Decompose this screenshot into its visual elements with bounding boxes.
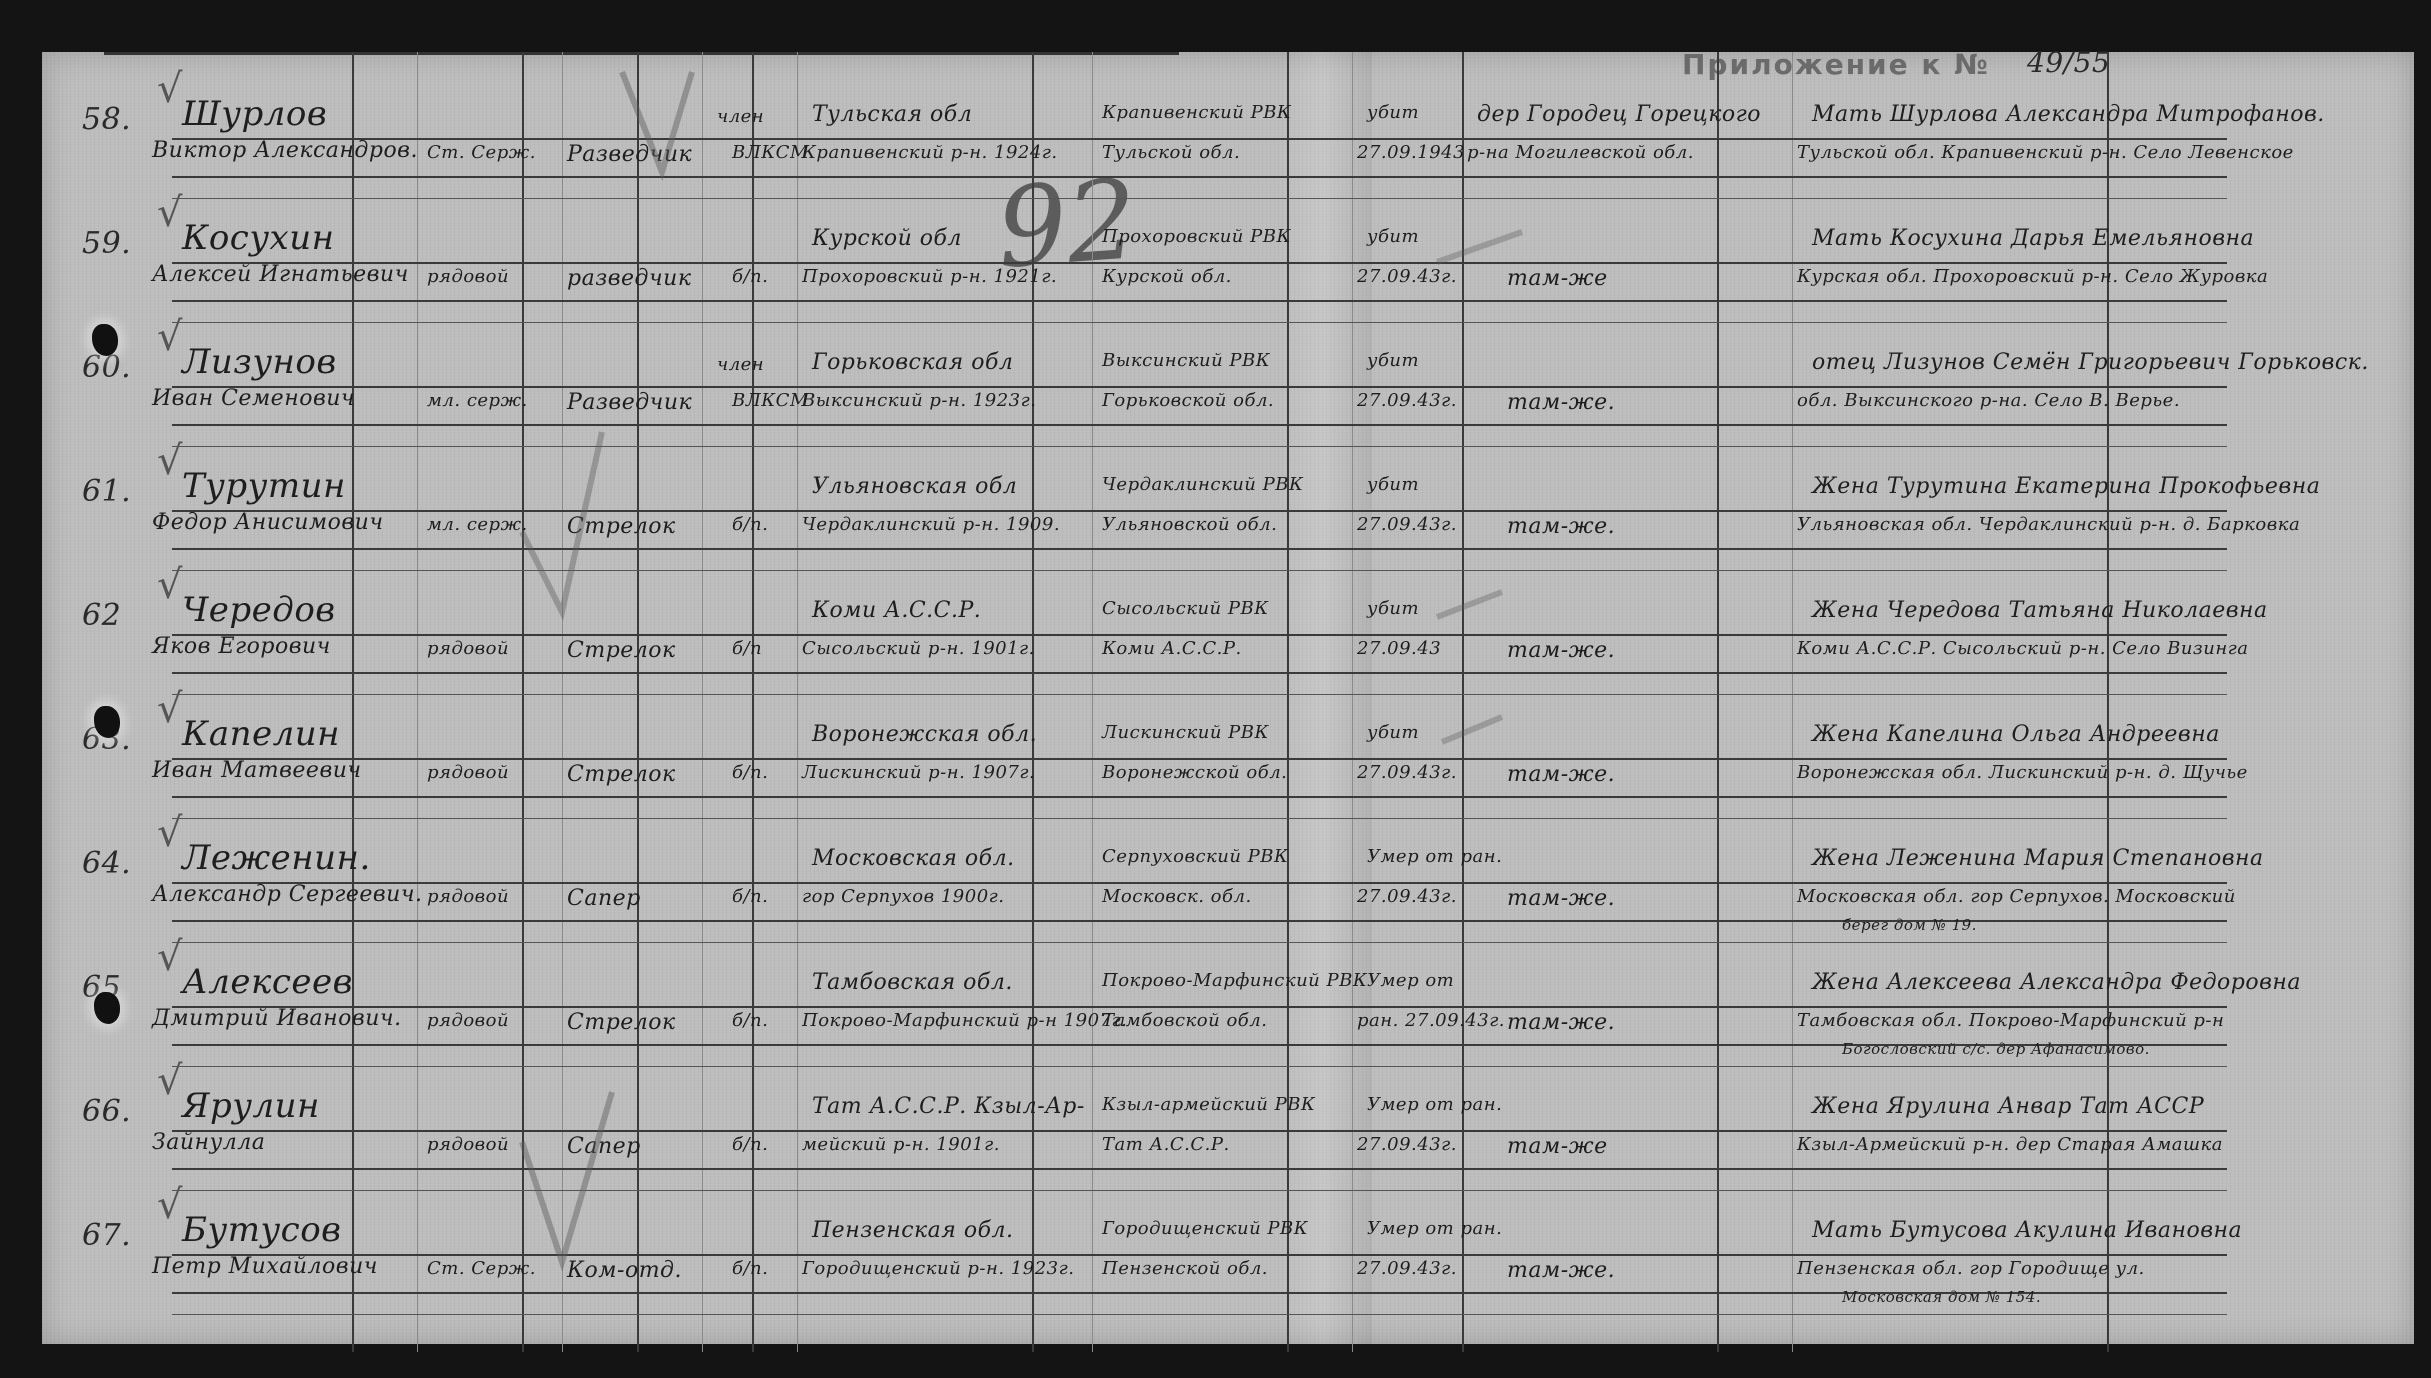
- death-date: 27.09.43г.: [1357, 266, 1457, 287]
- draft-office-region: Пензенской обл.: [1102, 1258, 1268, 1279]
- relative-address-cont: Богословский с/с. дер Афанасимово.: [1842, 1040, 2150, 1058]
- relative-address: Ульяновская обл. Чердаклинский р-н. д. Б…: [1797, 514, 2300, 535]
- draft-office: Прохоровский РВК: [1102, 226, 1291, 247]
- draft-office-region: Тульской обл.: [1102, 142, 1240, 163]
- column-rule: [1462, 52, 1464, 1352]
- relative-address: Тамбовская обл. Покрово-Марфинский р-н: [1797, 1010, 2224, 1031]
- column-rule: [1717, 52, 1719, 1352]
- draft-office: Крапивенский РВК: [1102, 102, 1291, 123]
- draft-office-region: Курской обл.: [1102, 266, 1232, 287]
- military-rank: Ст. Серж.: [427, 142, 536, 163]
- relative-name: Жена Леженина Мария Степановна: [1812, 846, 2264, 871]
- check-mark-icon: √: [157, 438, 183, 484]
- row-separator: [172, 818, 2227, 819]
- relative-address: Курская обл. Прохоровский р-н. Село Журо…: [1797, 266, 2268, 287]
- party-membership: б/п.: [732, 266, 768, 287]
- surname: Бутусов: [182, 1210, 341, 1250]
- draft-office: Кзыл-армейский РВК: [1102, 1094, 1315, 1115]
- relative-address-cont: Московская дом № 154.: [1842, 1288, 2041, 1306]
- surname: Алексеев: [182, 962, 353, 1002]
- column-rule: [702, 52, 703, 1352]
- burial-place: там-же: [1507, 266, 1608, 291]
- death-date: 27.09.43г.: [1357, 1258, 1457, 1279]
- death-date: 27.09.43г.: [1357, 514, 1457, 535]
- row-rule: [172, 262, 2227, 264]
- given-name-patronymic: Петр Михайлович: [152, 1254, 378, 1279]
- birthplace-region: Пензенская обл.: [812, 1218, 1014, 1243]
- birthplace-district-year: Крапивенский р-н. 1924г.: [802, 142, 1058, 163]
- row-separator: [172, 570, 2227, 571]
- party-membership: б/п.: [732, 1134, 768, 1155]
- birthplace-region: Тат А.С.С.Р. Кзыл-Ар-: [812, 1094, 1085, 1119]
- surname: Лизунов: [182, 342, 337, 382]
- birthplace-district-year: гор Серпухов 1900г.: [802, 886, 1004, 907]
- record-number: 62: [82, 598, 121, 633]
- draft-office-region: Коми А.С.С.Р.: [1102, 638, 1242, 659]
- relative-address: Тульской обл. Крапивенский р-н. Село Лев…: [1797, 142, 2294, 163]
- military-rank: рядовой: [427, 762, 509, 783]
- birthplace-district-year: мейский р-н. 1901г.: [802, 1134, 1000, 1155]
- burial-place: там-же.: [1507, 390, 1615, 415]
- check-mark-icon: √: [157, 190, 183, 236]
- death-date: 27.09.43: [1357, 638, 1441, 659]
- relative-name: Мать Бутусова Акулина Ивановна: [1812, 1218, 2242, 1243]
- birthplace-region: Тульская обл: [812, 102, 972, 127]
- position: Разведчик: [567, 390, 692, 415]
- draft-office: Чердаклинский РВК: [1102, 474, 1303, 495]
- fate: убит: [1367, 722, 1419, 743]
- row-rule: [172, 424, 2227, 426]
- draft-office: Лискинский РВК: [1102, 722, 1269, 743]
- birthplace-region: Тамбовская обл.: [812, 970, 1013, 995]
- check-mark-icon: √: [157, 686, 183, 732]
- surname: Капелин: [182, 714, 340, 754]
- row-rule: [172, 758, 2227, 760]
- record-number: 61.: [82, 474, 131, 509]
- death-date: 27.09.43г.: [1357, 390, 1457, 411]
- column-rule: [1287, 52, 1289, 1352]
- position: Сапер: [567, 1134, 641, 1159]
- party-membership: ВЛКСМ: [732, 390, 809, 411]
- check-mark-icon: √: [157, 1058, 183, 1104]
- position: Ком-отд.: [567, 1258, 682, 1283]
- surname: Ярулин: [182, 1086, 320, 1126]
- fate: Умер от ран.: [1367, 1094, 1502, 1115]
- appendix-number: 49/55: [2027, 46, 2110, 79]
- birthplace-region: Курской обл: [812, 226, 962, 251]
- fate: Умер от: [1367, 970, 1454, 991]
- row-rule: [172, 1254, 2227, 1256]
- punch-hole: [94, 992, 120, 1024]
- row-rule: [172, 796, 2227, 798]
- given-name-patronymic: Яков Егорович: [152, 634, 331, 659]
- military-rank: рядовой: [427, 1134, 509, 1155]
- military-rank: рядовой: [427, 638, 509, 659]
- relative-address: Коми А.С.С.Р. Сысольский р-н. Село Визин…: [1797, 638, 2249, 659]
- relative-name: Жена Алексеева Александра Федоровна: [1812, 970, 2301, 995]
- row-separator: [172, 198, 2227, 199]
- draft-office: Сысольский РВК: [1102, 598, 1269, 619]
- row-rule: [172, 882, 2227, 884]
- given-name-patronymic: Виктор Александров.: [152, 138, 418, 163]
- row-rule: [172, 672, 2227, 674]
- top-rule: [104, 52, 1179, 55]
- relative-name: Мать Косухина Дарья Емельяновна: [1812, 226, 2254, 251]
- military-rank: мл. серж.: [427, 390, 528, 411]
- column-rule: [1032, 52, 1034, 1352]
- row-separator: [172, 322, 2227, 323]
- given-name-patronymic: Федор Анисимович: [152, 510, 384, 535]
- row-separator: [172, 942, 2227, 943]
- relative-address-cont: берег дом № 19.: [1842, 916, 1977, 934]
- birthplace-district-year: Покрово-Марфинский р-н 1907г.: [802, 1010, 1127, 1031]
- row-rule: [172, 1168, 2227, 1170]
- surname: Турутин: [182, 466, 346, 506]
- column-rule: [1092, 52, 1093, 1352]
- row-separator: [172, 1066, 2227, 1067]
- record-number: 66.: [82, 1094, 131, 1129]
- burial-place: р-на Могилевской обл.: [1467, 142, 1694, 163]
- draft-office: Выксинский РВК: [1102, 350, 1270, 371]
- death-date: 27.09.43г.: [1357, 886, 1457, 907]
- check-mark-icon: √: [157, 562, 183, 608]
- row-separator: [172, 1314, 2227, 1315]
- burial-place: там-же.: [1507, 886, 1615, 911]
- party-membership: б/п.: [732, 514, 768, 535]
- position: Сапер: [567, 886, 641, 911]
- relative-name: Жена Чередова Татьяна Николаевна: [1812, 598, 2268, 623]
- relative-address: Московская обл. гор Серпухов. Московский: [1797, 886, 2236, 907]
- party-membership: ВЛКСМ: [732, 142, 809, 163]
- death-date: ран. 27.09.43г.: [1357, 1010, 1505, 1031]
- surname: Шурлов: [182, 94, 327, 134]
- relative-name: отец Лизунов Семён Григорьевич Горьковск…: [1812, 350, 2369, 375]
- birthplace-district-year: Городищенский р-н. 1923г.: [802, 1258, 1074, 1279]
- row-rule: [172, 548, 2227, 550]
- check-mark-icon: √: [157, 810, 183, 856]
- death-date: 27.09.43г.: [1357, 762, 1457, 783]
- death-date: 27.09.43г.: [1357, 1134, 1457, 1155]
- military-rank: Ст. Серж.: [427, 1258, 536, 1279]
- fate: убит: [1367, 102, 1419, 123]
- row-rule: [172, 386, 2227, 388]
- fate: убит: [1367, 598, 1419, 619]
- punch-hole: [94, 706, 120, 738]
- column-rule: [522, 52, 524, 1352]
- position: Стрелок: [567, 762, 676, 787]
- given-name-patronymic: Александр Сергеевич.: [152, 882, 423, 907]
- birthplace-district-year: Выксинский р-н. 1923г.: [802, 390, 1036, 411]
- relative-address: Воронежская обл. Лискинский р-н. д. Щучь…: [1797, 762, 2248, 783]
- document-sheet: Приложение к № 49/55 92 58.ШурловВиктор …: [42, 52, 2414, 1344]
- column-rule: [562, 52, 563, 1352]
- surname: Чередов: [182, 590, 336, 630]
- relative-address: обл. Выксинского р-на. Село В. Верье.: [1797, 390, 2180, 411]
- military-rank: рядовой: [427, 266, 509, 287]
- burial-place: там-же: [1507, 1134, 1608, 1159]
- position: Стрелок: [567, 1010, 676, 1035]
- birthplace-district-year: Лискинский р-н. 1907г.: [802, 762, 1035, 783]
- party-membership: б/п.: [732, 1258, 768, 1279]
- burial-place: там-же.: [1507, 762, 1615, 787]
- row-separator: [172, 694, 2227, 695]
- given-name-patronymic: Дмитрий Иванович.: [152, 1006, 402, 1031]
- given-name-patronymic: Иван Матвеевич: [152, 758, 362, 783]
- military-rank: рядовой: [427, 886, 509, 907]
- fate: убит: [1367, 474, 1419, 495]
- surname: Леженин.: [182, 838, 371, 878]
- position: разведчик: [567, 266, 691, 291]
- position: Стрелок: [567, 514, 676, 539]
- birthplace-region: Ульяновская обл: [812, 474, 1017, 499]
- column-rule: [752, 52, 754, 1352]
- draft-office-region: Воронежской обл.: [1102, 762, 1287, 783]
- row-rule: [172, 1130, 2227, 1132]
- row-rule: [172, 138, 2227, 140]
- party-line-1: член: [717, 106, 764, 127]
- column-rule: [417, 52, 418, 1352]
- fate: убит: [1367, 226, 1419, 247]
- row-rule: [172, 1006, 2227, 1008]
- party-membership: б/п: [732, 638, 762, 659]
- burial-place: там-же.: [1507, 638, 1615, 663]
- column-rule: [797, 52, 798, 1352]
- party-line-1: член: [717, 354, 764, 375]
- military-rank: рядовой: [427, 1010, 509, 1031]
- position: Стрелок: [567, 638, 676, 663]
- relative-name: Жена Турутина Екатерина Прокофьевна: [1812, 474, 2320, 499]
- check-mark-icon: √: [157, 934, 183, 980]
- relative-name: Мать Шурлова Александра Митрофанов.: [1812, 102, 2325, 127]
- column-rule: [1792, 52, 1793, 1352]
- row-rule: [172, 510, 2227, 512]
- draft-office-region: Тамбовской обл.: [1102, 1010, 1267, 1031]
- fate: Умер от ран.: [1367, 846, 1502, 867]
- fate: убит: [1367, 350, 1419, 371]
- check-mark-icon: √: [157, 66, 183, 112]
- row-separator: [172, 446, 2227, 447]
- birthplace-district-year: Прохоровский р-н. 1921г.: [802, 266, 1057, 287]
- row-separator: [172, 1190, 2227, 1191]
- birthplace-district-year: Чердаклинский р-н. 1909.: [802, 514, 1060, 535]
- given-name-patronymic: Алексей Игнатьевич: [152, 262, 409, 287]
- appendix-stamp: Приложение к №: [1682, 48, 1990, 81]
- surname: Косухин: [182, 218, 335, 258]
- check-mark-icon: √: [157, 1182, 183, 1228]
- given-name-patronymic: Зайнулла: [152, 1130, 265, 1155]
- burial-place: там-же.: [1507, 1010, 1615, 1035]
- birthplace-region: Воронежская обл.: [812, 722, 1037, 747]
- party-membership: б/п.: [732, 886, 768, 907]
- draft-office-region: Ульяновской обл.: [1102, 514, 1277, 535]
- birthplace-region: Московская обл.: [812, 846, 1015, 871]
- relative-name: Жена Ярулина Анвар Тат АССР: [1812, 1094, 2204, 1119]
- draft-office-region: Московск. обл.: [1102, 886, 1252, 907]
- record-number: 59.: [82, 226, 131, 261]
- death-date: 27.09.1943: [1357, 142, 1465, 163]
- punch-hole: [92, 324, 118, 356]
- relative-address: Пензенская обл. гор Городище ул.: [1797, 1258, 2145, 1279]
- birthplace-region: Коми А.С.С.Р.: [812, 598, 981, 623]
- burial-place: там-же.: [1507, 1258, 1615, 1283]
- column-rule: [1352, 52, 1353, 1352]
- row-rule: [172, 176, 2227, 178]
- fate: Умер от ран.: [1367, 1218, 1502, 1239]
- record-number: 58.: [82, 102, 131, 137]
- check-mark-icon: √: [157, 314, 183, 360]
- draft-office-region: Горьковской обл.: [1102, 390, 1274, 411]
- draft-office: Покрово-Марфинский РВК: [1102, 970, 1367, 991]
- record-number: 67.: [82, 1218, 131, 1253]
- position: Разведчик: [567, 142, 692, 167]
- row-rule: [172, 634, 2227, 636]
- draft-office: Городищенский РВК: [1102, 1218, 1308, 1239]
- party-membership: б/п.: [732, 762, 768, 783]
- burial-place-line-1: дер Городец Горецкого: [1477, 102, 1761, 127]
- draft-office: Серпуховский РВК: [1102, 846, 1288, 867]
- row-rule: [172, 300, 2227, 302]
- given-name-patronymic: Иван Семенович: [152, 386, 355, 411]
- relative-name: Жена Капелина Ольга Андреевна: [1812, 722, 2220, 747]
- birthplace-region: Горьковская обл: [812, 350, 1013, 375]
- military-rank: мл. серж.: [427, 514, 528, 535]
- birthplace-district-year: Сысольский р-н. 1901г.: [802, 638, 1035, 659]
- record-number: 64.: [82, 846, 131, 881]
- column-rule: [352, 52, 354, 1352]
- relative-address: Кзыл-Армейский р-н. дер Старая Амашка: [1797, 1134, 2223, 1155]
- draft-office-region: Тат А.С.С.Р.: [1102, 1134, 1230, 1155]
- party-membership: б/п.: [732, 1010, 768, 1031]
- burial-place: там-же.: [1507, 514, 1615, 539]
